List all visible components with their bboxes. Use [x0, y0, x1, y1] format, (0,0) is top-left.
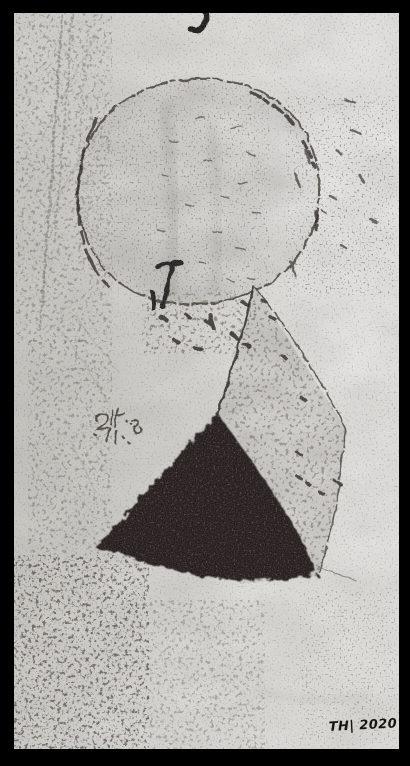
drawing-canvas — [0, 0, 410, 766]
artist-signature: TH| 2020 — [328, 716, 404, 746]
framed-artwork: TH| 2020 — [0, 0, 410, 766]
paper-area — [14, 5, 399, 749]
paper-grain-overlay — [14, 13, 399, 749]
